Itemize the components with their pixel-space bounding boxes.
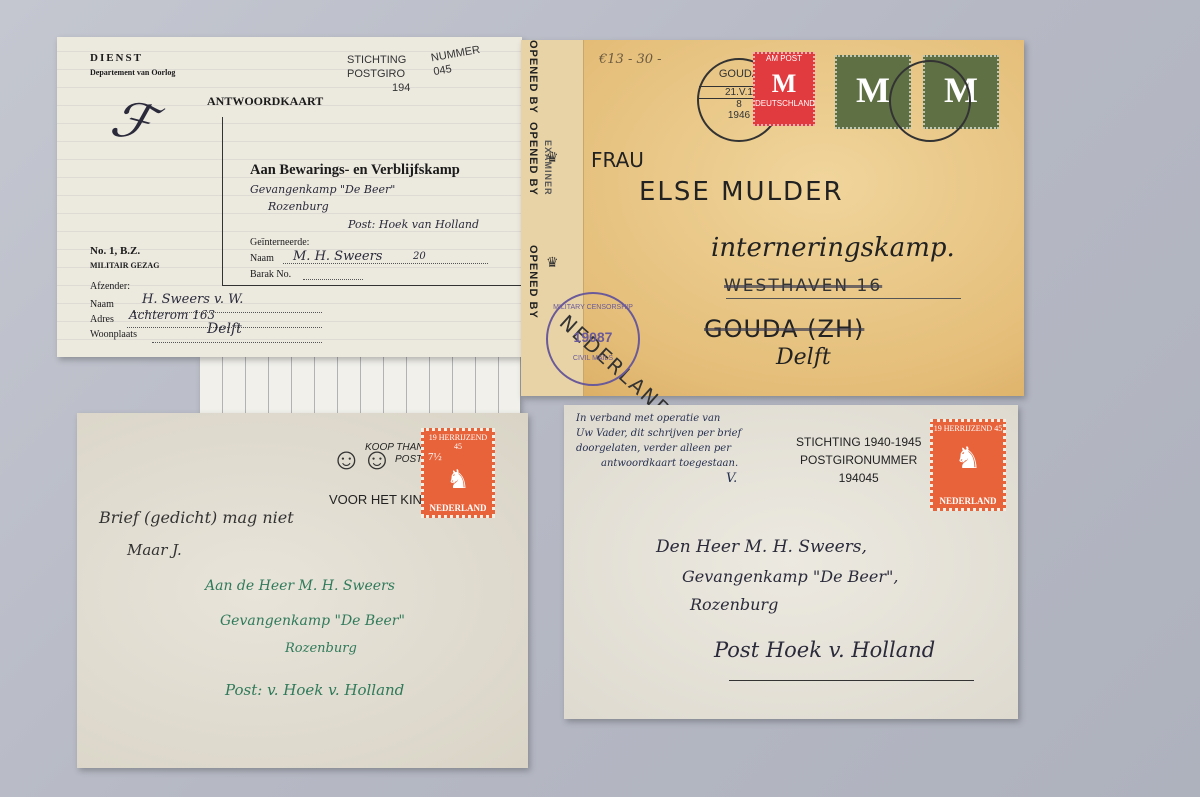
- unit-line-1: No. 1, B.Z.: [90, 245, 140, 257]
- struck-address-line-1: WESTHAVEN 16: [724, 276, 882, 296]
- underline: [729, 680, 974, 681]
- card-title: ANTWOORDKAART: [207, 94, 323, 109]
- antwoordkaart-card: DIENST Departement van Oorlog ANTWOORDKA…: [57, 37, 522, 357]
- sender-address-value: Achterom 163: [129, 308, 215, 322]
- pencil-note: €13 - 30 -: [599, 52, 662, 67]
- crown-icon: ♛: [546, 150, 559, 167]
- censored-envelope: OPENED BY OPENED BY OPENED BY EXAMINER ♛…: [521, 40, 1024, 396]
- barrack-label: Barak No.: [250, 269, 291, 280]
- address-line-1: Aan de Heer M. H. Sweers: [205, 578, 395, 594]
- stamp-15-am-post: AM POST M DEUTSCHLAND: [753, 52, 815, 126]
- name-label: Naam: [250, 253, 274, 264]
- address-box: Aan Bewarings- en Verblijfskamp Gevangen…: [222, 117, 523, 286]
- address-line-1: FRAU: [591, 148, 644, 172]
- crown-icon: ♛: [546, 255, 559, 272]
- gouda-postmark-2: [889, 60, 971, 142]
- address-line-4: Post: v. Hoek v. Holland: [225, 681, 404, 699]
- nederland-stamp: 19 HERRIJZEND 45 7½ ♞ NEDERLAND: [421, 428, 495, 518]
- address-line-2: ELSE MULDER: [639, 177, 844, 207]
- address-line-3: Rozenburg: [285, 641, 357, 656]
- interned-label: Geïnterneerde:: [250, 237, 309, 248]
- address-line-delft: Delft: [776, 345, 831, 370]
- struck-address-line-2: GOUDA (ZH): [704, 315, 864, 343]
- name-value: M. H. Sweers: [293, 249, 382, 264]
- slogan-postmark: STICHTINGPOSTGIRO 194: [347, 53, 410, 95]
- slogan-postmark-2: NUMMER045: [430, 43, 484, 79]
- addressee-heading: Aan Bewarings- en Verblijfskamp: [250, 162, 460, 179]
- card-header: DIENST: [90, 52, 143, 64]
- unit-line-2: MILITAIR GEZAG: [90, 261, 159, 270]
- sender-name-value: H. Sweers v. W.: [142, 292, 243, 307]
- slogan-voor-het-kind: VOOR HET KIND: [329, 491, 431, 509]
- envelope-left: ☺☺ KOOP THANS DE POSTZEGELS VOOR HET KIN…: [77, 413, 528, 768]
- sender-label: Afzender:: [90, 281, 130, 292]
- addressee-line-2: Rozenburg: [268, 200, 329, 213]
- pencil-note-line-1: Brief (gedicht) mag niet: [99, 508, 294, 527]
- military-censorship-mark: MILITARY CENSORSHIP 19087 CIVIL MAILS: [546, 292, 640, 386]
- sender-address-label: Adres: [90, 314, 114, 325]
- name-extra: 20: [413, 251, 426, 262]
- address-line-1: Den Heer M. H. Sweers,: [656, 537, 867, 557]
- address-line-2: Gevangenkamp "De Beer": [220, 613, 405, 629]
- slogan-postmark: STICHTING 1940-1945 POSTGIRONUMMER 19404…: [796, 433, 921, 487]
- sender-city-value: Delft: [207, 321, 242, 337]
- address-line-3: Rozenburg: [690, 595, 778, 614]
- pencil-mark: ℱ: [105, 88, 160, 157]
- envelope-right: In verband met operatie van Uw Vader, di…: [564, 405, 1018, 719]
- sender-city-label: Woonplaats: [90, 329, 137, 340]
- address-line-4: Post Hoek v. Holland: [714, 638, 935, 662]
- addressee-line-1: Gevangenkamp "De Beer": [250, 183, 395, 196]
- sender-name-label: Naam: [90, 299, 114, 310]
- addressee-line-3: Post: Hoek van Holland: [348, 218, 479, 231]
- address-line-2: Gevangenkamp "De Beer",: [682, 567, 898, 586]
- pencil-note-line-2: Maar J.: [127, 541, 182, 559]
- censor-note: In verband met operatie van Uw Vader, di…: [576, 411, 741, 486]
- card-department: Departement van Oorlog: [90, 68, 175, 77]
- nederland-stamp: 19 HERRIJZEND 45 ♞ NEDERLAND: [930, 419, 1006, 511]
- address-line-3: interneringskamp.: [711, 233, 955, 263]
